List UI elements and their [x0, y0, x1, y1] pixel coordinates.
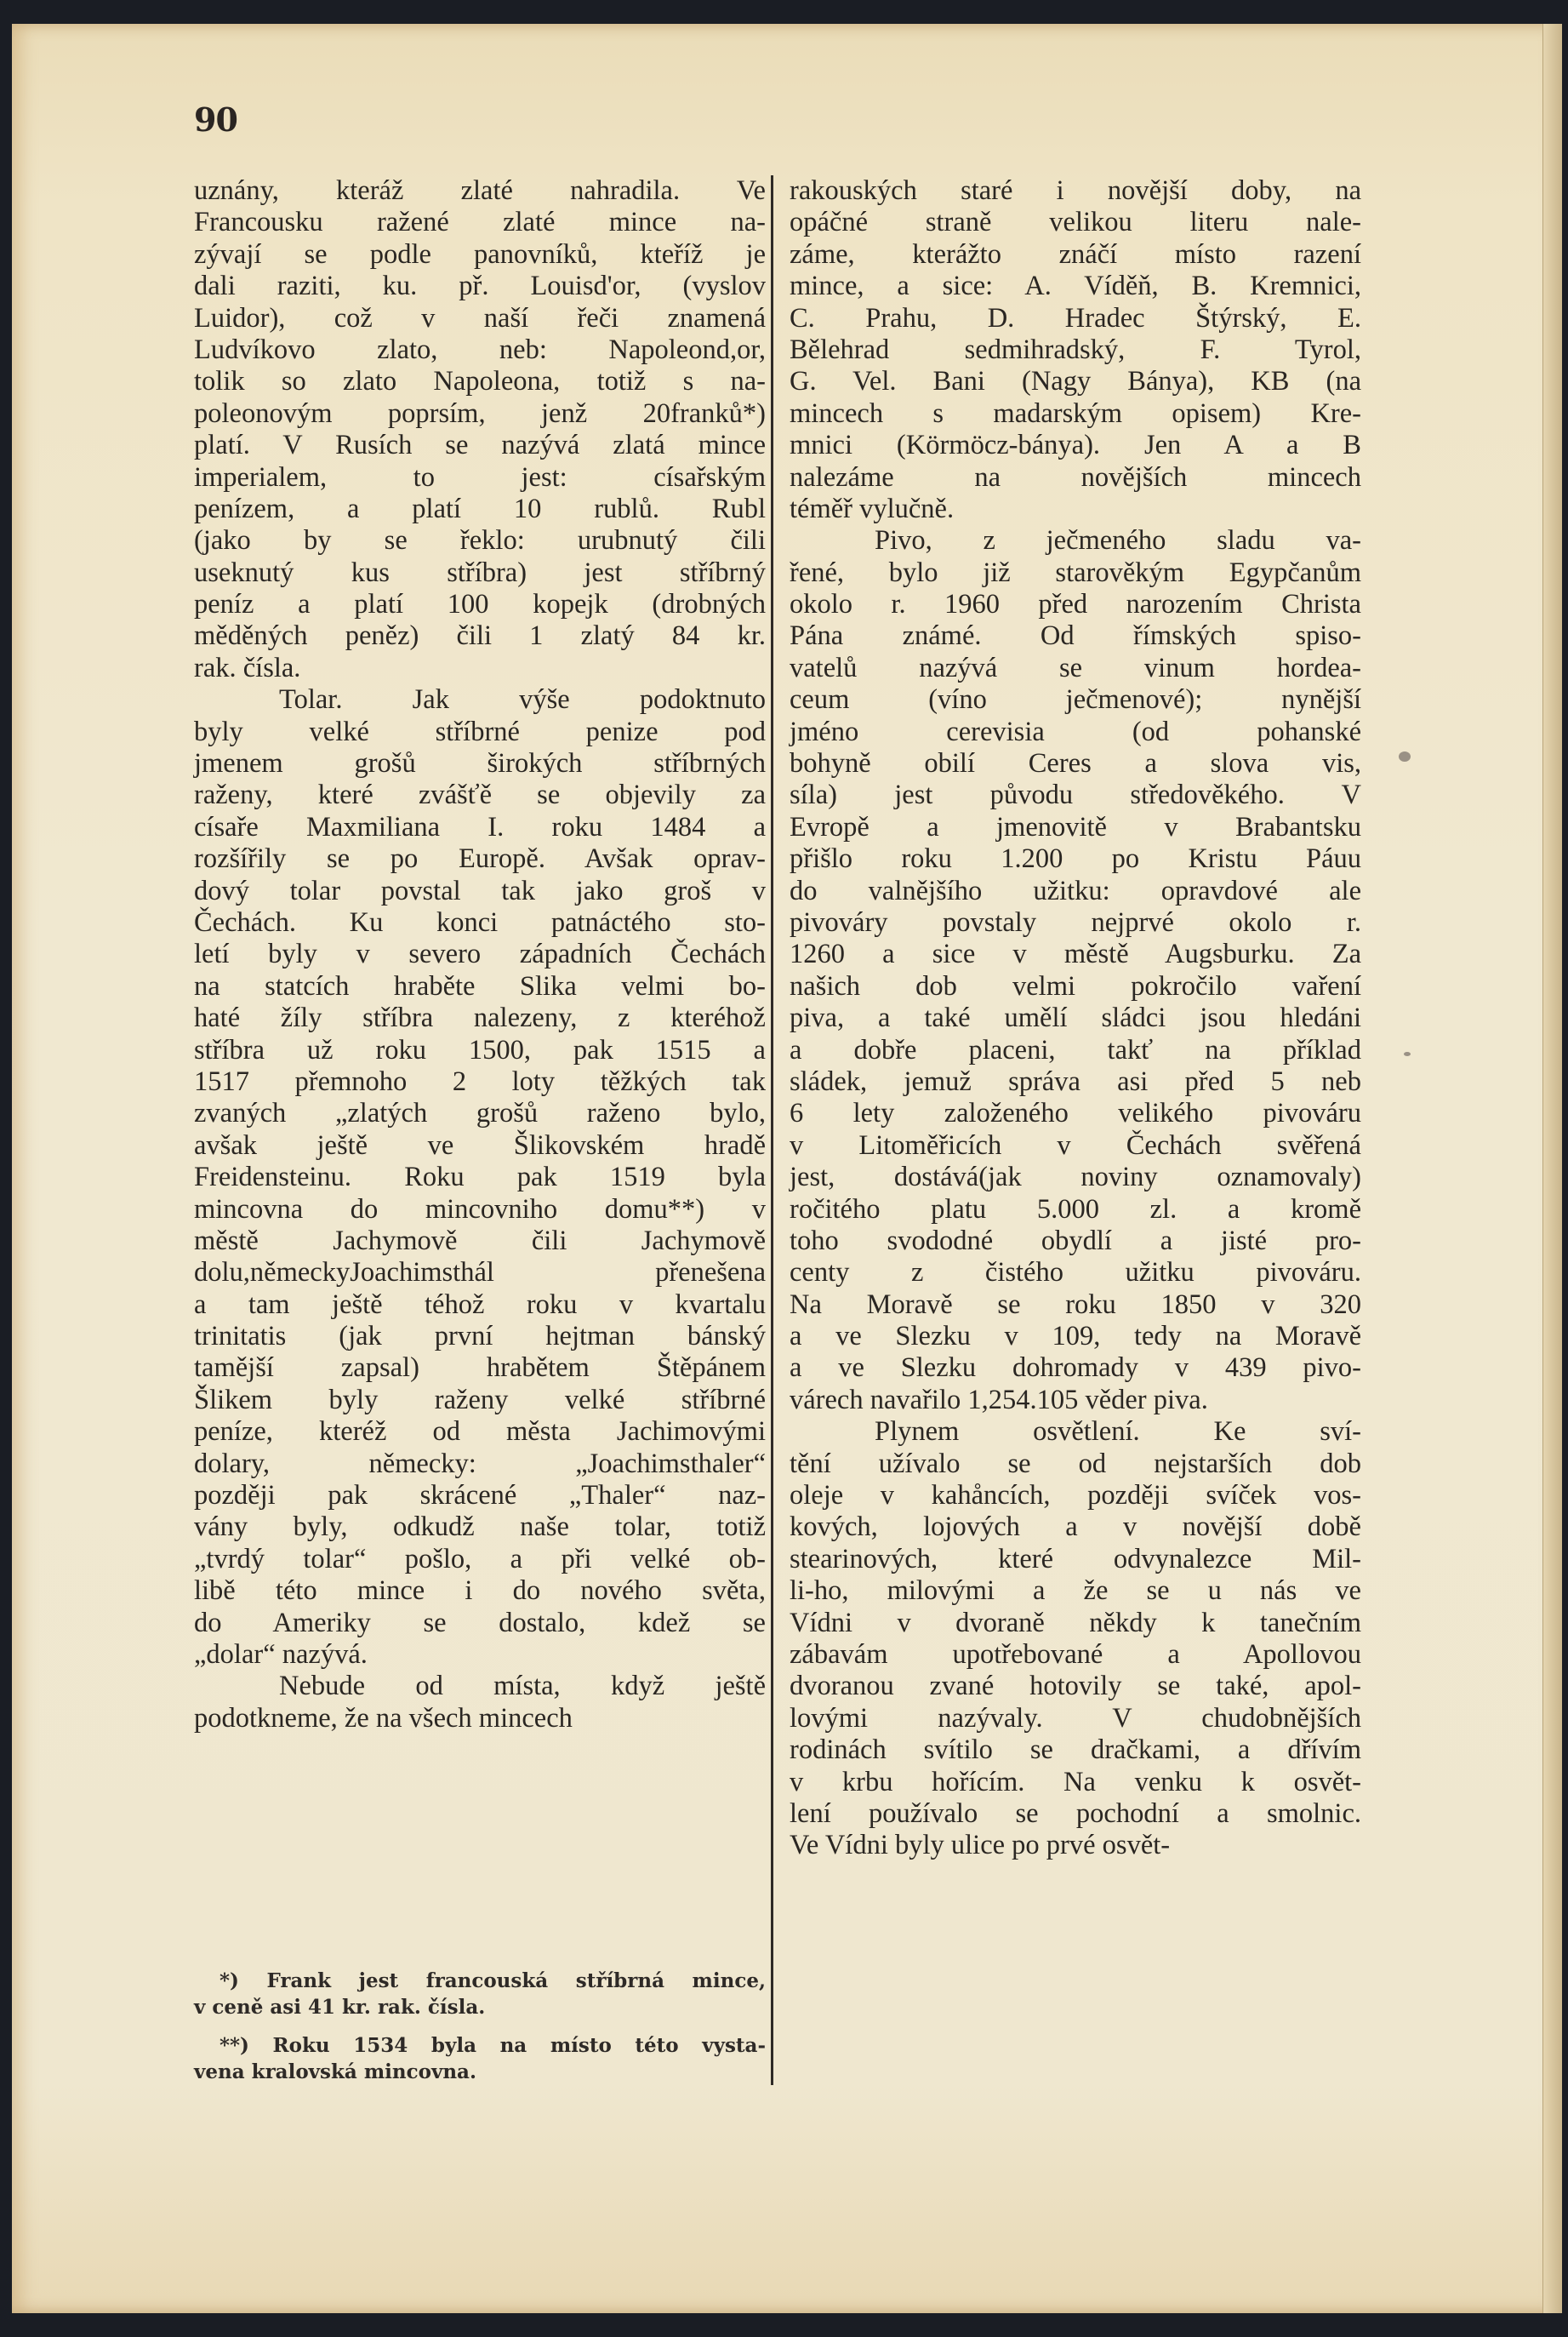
text-line: vatelů nazývá se vinum hordea-	[790, 653, 1361, 684]
text-line: rakouských staré i novější doby, na	[790, 175, 1361, 207]
text-line: Šlikem byly raženy velké stříbrné	[194, 1385, 766, 1416]
text-line: téměř vylučně.	[790, 494, 1361, 525]
text-line: opáčné straně velikou literu nale-	[790, 207, 1361, 238]
footnote: *) Frank jest francouská stříbrná mince,…	[194, 1968, 766, 2020]
text-line: městě Jachymově čili Jachymově	[194, 1226, 766, 1257]
text-line: avšak ještě ve Šlikovském hradě	[194, 1130, 766, 1162]
text-line: mincovna do mincovniho domu**) v	[194, 1194, 766, 1226]
text-line: jméno cerevisia (od pohanské	[790, 717, 1361, 748]
text-line: lení používalo se pochodní a smolnic.	[790, 1798, 1361, 1830]
text-line: haté žíly stříbra nalezeny, z kteréhož	[194, 1003, 766, 1034]
text-line: mincech s madarským opisem) Kre-	[790, 398, 1361, 430]
text-line: tolik so zlato Napoleona, totiž s na-	[194, 366, 766, 397]
text-line: Vídni v dvoraně někdy k tanečním	[790, 1608, 1361, 1639]
text-line: mince, a sice: A. Víděň, B. Kremnici,	[790, 271, 1361, 302]
text-line: stříbra už roku 1500, pak 1515 a	[194, 1035, 766, 1066]
text-line: dolu,německyJoachimsthál přenešena	[194, 1257, 766, 1288]
text-line: oleje v kahåncích, později svíček vos-	[790, 1480, 1361, 1511]
right-column: rakouských staré i novější doby, naopáčn…	[790, 175, 1361, 1862]
text-line: Francousku ražené zlaté mince na-	[194, 207, 766, 238]
text-line: tamější zapsal) hrabětem Štěpánem	[194, 1352, 766, 1384]
text-line: podotkneme, že na všech mincech	[194, 1703, 766, 1734]
text-line: kových, lojových a v novější době	[790, 1511, 1361, 1543]
text-line: vány byly, odkudž naše tolar, totiž	[194, 1511, 766, 1543]
text-line: dali raziti, ku. př. Louisd'or, (vyslov	[194, 271, 766, 302]
text-line: Na Moravě se roku 1850 v 320	[790, 1289, 1361, 1321]
text-line: useknutý kus stříbra) jest stříbrný	[194, 557, 766, 589]
footnote: **) Roku 1534 byla na místo této vysta-v…	[194, 2032, 766, 2085]
text-line: várech navařilo 1,254.105 věder piva.	[790, 1385, 1361, 1416]
text-line: na statcích hraběte Slika velmi bo-	[194, 971, 766, 1003]
text-line: Ludvíkovo zlato, neb: Napoleond,or,	[194, 334, 766, 366]
text-line: bohyně obilí Ceres a slova vis,	[790, 748, 1361, 780]
text-line: peníze, kteréž od města Jachimovými	[194, 1416, 766, 1448]
text-line: Nebude od místa, když ještě	[194, 1671, 766, 1702]
text-line: trinitatis (jak první hejtman bánský	[194, 1321, 766, 1352]
text-line: sládek, jemuž správa asi před 5 neb	[790, 1066, 1361, 1098]
text-line: platí. V Rusích se nazývá zlatá mince	[194, 430, 766, 461]
text-line: poleonovým poprsím, jenž 20franků*)	[194, 398, 766, 430]
text-line: ročitého platu 5.000 zl. a kromě	[790, 1194, 1361, 1226]
page-edge	[1542, 24, 1562, 2313]
text-line: 6 lety založeného velikého pivováru	[790, 1098, 1361, 1129]
text-line: lovými nazývaly. V chudobnějších	[790, 1703, 1361, 1734]
text-line: „dolar“ nazývá.	[194, 1639, 766, 1671]
page-number: 90	[194, 100, 237, 139]
text-line: rodinách svítilo se dračkami, a dřívím	[790, 1734, 1361, 1766]
text-line: síla) jest původu středověkého. V	[790, 780, 1361, 811]
text-line: a tam ještě téhož roku v kvartalu	[194, 1289, 766, 1321]
text-line: stearinových, které odvynalezce Mil-	[790, 1544, 1361, 1575]
text-line: ceum (víno ječmenové); nynější	[790, 684, 1361, 716]
text-line: raženy, které zvášťě se objevily za	[194, 780, 766, 811]
text-line: rak. čísla.	[194, 653, 766, 684]
text-line: zývají se podle panovníků, kteříž je	[194, 239, 766, 271]
text-line: našich dob velmi pokročilo vaření	[790, 971, 1361, 1003]
text-line: penízem, a platí 10 rublů. Rubl	[194, 494, 766, 525]
paper-blemish	[1404, 1052, 1411, 1056]
text-line: piva, a také umělí sládci jsou hledáni	[790, 1003, 1361, 1034]
text-line: mnici (Körmöcz-bánya). Jen A a B	[790, 430, 1361, 461]
text-line: peníz a platí 100 kopejk (drobných	[194, 589, 766, 620]
text-line: do Ameriky se dostalo, kdež se	[194, 1608, 766, 1639]
text-line: přišlo roku 1.200 po Kristu Páuu	[790, 843, 1361, 875]
text-line: Pána známé. Od římských spiso-	[790, 620, 1361, 652]
footnote-line: **) Roku 1534 byla na místo této vysta-	[194, 2032, 766, 2059]
paper-blemish	[1399, 751, 1411, 762]
text-line: G. Vel. Bani (Nagy Bánya), KB (na	[790, 366, 1361, 397]
text-line: Ve Vídni byly ulice po prvé osvět-	[790, 1830, 1361, 1861]
text-line: „tvrdý tolar“ pošlo, a při velké ob-	[194, 1544, 766, 1575]
text-line: zvaných „zlatých grošů raženo bylo,	[194, 1098, 766, 1129]
text-line: Čechách. Ku konci patnáctého sto-	[194, 907, 766, 939]
text-line: letí byly v severo západních Čechách	[194, 939, 766, 970]
text-line: toho svododné obydlí a jisté pro-	[790, 1226, 1361, 1257]
text-line: byly velké stříbrné penize pod	[194, 717, 766, 748]
text-line: Bělehrad sedmihradský, F. Tyrol,	[790, 334, 1361, 366]
text-line: 1517 přemnoho 2 loty těžkých tak	[194, 1066, 766, 1098]
text-line: zábavám upotřebované a Apollovou	[790, 1639, 1361, 1671]
text-line: 1260 a sice v městě Augsburku. Za	[790, 939, 1361, 970]
text-line: uznány, kteráž zlaté nahradila. Ve	[194, 175, 766, 207]
text-line: v Litoměřicích v Čechách svěřená	[790, 1130, 1361, 1162]
text-line: centy z čistého užitku pivováru.	[790, 1257, 1361, 1288]
text-line: nalezáme na novějších mincech	[790, 462, 1361, 494]
text-line: měděných peněz) čili 1 zlatý 84 kr.	[194, 620, 766, 652]
column-divider	[771, 175, 773, 2085]
text-line: Pivo, z ječmeného sladu va-	[790, 525, 1361, 557]
text-line: tění užívalo se od nejstarších dob	[790, 1448, 1361, 1480]
footnote-line: v ceně asi 41 kr. rak. čísla.	[194, 1994, 766, 2020]
text-line: a ve Slezku v 109, tedy na Moravě	[790, 1321, 1361, 1352]
text-line: dový tolar povstal tak jako groš v	[194, 876, 766, 907]
footnote-line: *) Frank jest francouská stříbrná mince,	[194, 1968, 766, 1994]
text-line: později pak skrácené „Thaler“ naz-	[194, 1480, 766, 1511]
text-line: (jako by se řeklo: urubnutý čili	[194, 525, 766, 557]
text-line: záme, kterážto znáčí místo razení	[790, 239, 1361, 271]
footnotes: *) Frank jest francouská stříbrná mince,…	[194, 1968, 766, 2097]
text-line: C. Prahu, D. Hradec Štýrský, E.	[790, 303, 1361, 334]
text-line: rozšířily se po Europě. Avšak oprav-	[194, 843, 766, 875]
text-line: a ve Slezku dohromady v 439 pivo-	[790, 1352, 1361, 1384]
text-line: Tolar. Jak výše podoktnuto	[194, 684, 766, 716]
text-line: Luidor), což v naší řeči znamená	[194, 303, 766, 334]
left-column: uznány, kteráž zlaté nahradila. VeFranco…	[194, 175, 766, 1734]
text-line: řené, bylo již starověkým Egypčanům	[790, 557, 1361, 589]
text-line: Freidensteinu. Roku pak 1519 byla	[194, 1162, 766, 1193]
text-line: a dobře placeni, takť na příklad	[790, 1035, 1361, 1066]
text-line: v krbu hořícím. Na venku k osvět-	[790, 1767, 1361, 1798]
text-line: dolary, německy: „Joachimsthaler“	[194, 1448, 766, 1480]
text-line: Plynem osvětlení. Ke sví-	[790, 1416, 1361, 1448]
text-line: císaře Maxmiliana I. roku 1484 a	[194, 812, 766, 843]
text-line: dvoranou zvané hotovily se také, apol-	[790, 1671, 1361, 1702]
text-line: jest, dostává(jak noviny oznamovaly)	[790, 1162, 1361, 1193]
text-line: okolo r. 1960 před narozením Christa	[790, 589, 1361, 620]
text-line: imperialem, to jest: císařským	[194, 462, 766, 494]
footnote-line: vena kralovská mincovna.	[194, 2059, 766, 2085]
text-line: do valnějšího užitku: opravdové ale	[790, 876, 1361, 907]
text-line: pivováry povstaly nejprvé okolo r.	[790, 907, 1361, 939]
text-line: li-ho, milovými a že se u nás ve	[790, 1575, 1361, 1607]
text-line: Evropě a jmenovitě v Brabantsku	[790, 812, 1361, 843]
text-line: jmenem grošů širokých stříbrných	[194, 748, 766, 780]
text-line: libě této mince i do nového světa,	[194, 1575, 766, 1607]
